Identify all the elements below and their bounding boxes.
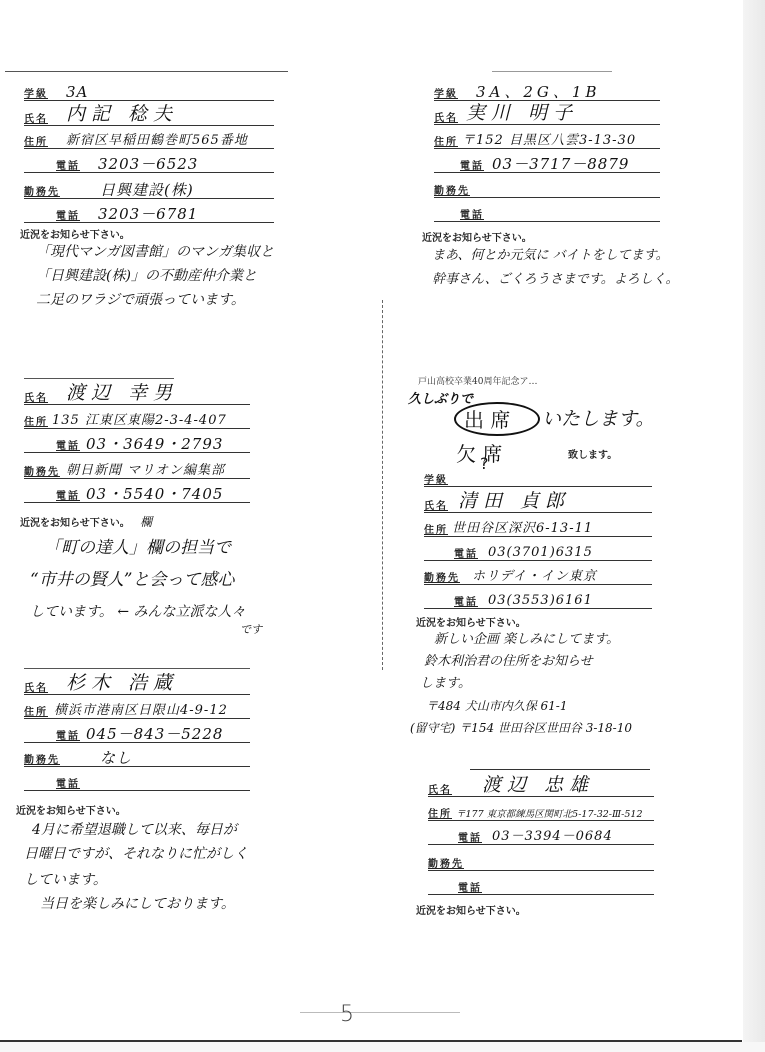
- address-label: 住所: [428, 805, 452, 820]
- workplace-value: 朝日新聞 マリオン編集部: [66, 464, 225, 478]
- class-label: 学級: [434, 85, 458, 100]
- column-divider: [382, 300, 383, 670]
- phone-label: 電話: [56, 157, 80, 172]
- phone-value: 3203－6523: [98, 156, 198, 173]
- note-line: 当日を楽しみにしております。: [40, 892, 235, 916]
- work-phone-label: 電話: [454, 593, 478, 608]
- name-value: 実川 明子: [466, 103, 578, 124]
- work-phone-field: 電話 03・5540・7405: [24, 480, 250, 503]
- class-value: 3A: [66, 84, 88, 101]
- class-field: 学級 3A: [24, 78, 274, 101]
- phone-field: 電話 03・3649・2793: [24, 430, 250, 453]
- class-field: 学級 3A、2G、1B: [434, 78, 660, 101]
- card-divider: [492, 71, 612, 72]
- address-value: 〒152 目黒区八雲3-13-30: [462, 134, 636, 148]
- work-phone-field: 電話: [24, 770, 250, 791]
- name-value: 清田 貞郎: [458, 491, 570, 512]
- class-field: 学級: [424, 466, 652, 487]
- name-field: 氏名 渡辺 忠雄: [428, 772, 654, 797]
- work-phone-value: 03(3553)6161: [488, 594, 593, 608]
- news-prompt: 近況をお知らせ下さい。: [16, 802, 126, 817]
- absent-suffix: 致します。: [568, 446, 617, 461]
- name-field: 氏名 内記 稔夫: [24, 101, 274, 126]
- name-label: 氏名: [24, 110, 48, 125]
- page-edge-shadow: [743, 0, 765, 1052]
- name-label: 氏名: [24, 679, 48, 694]
- note-line: (留守宅) 〒154 世田谷区世田谷 3-18-10: [410, 716, 632, 740]
- phone-field: 電話 3203－6523: [24, 150, 274, 173]
- phone-value: 03・3649・2793: [86, 436, 223, 453]
- name-field: 氏名 実川 明子: [434, 102, 660, 125]
- address-value: 135 江東区東陽2-3-4-407: [52, 414, 227, 428]
- news-prompt: 近況をお知らせ下さい。: [416, 614, 526, 629]
- workplace-value: 日興建設(株): [100, 182, 194, 199]
- workplace-label: 勤務先: [24, 183, 60, 198]
- note-line: 「現代マンガ図書館」のマンガ集収と: [36, 240, 274, 264]
- phone-value: 03－3717－8879: [492, 156, 629, 173]
- phone-field: 電話 03－3394－0684: [428, 822, 654, 845]
- phone-label: 電話: [56, 437, 80, 452]
- name-value: 杉木 浩蔵: [66, 673, 178, 694]
- phone-label: 電話: [56, 727, 80, 742]
- name-label: 氏名: [428, 781, 452, 796]
- news-prompt: 近況をお知らせ下さい。: [20, 226, 130, 241]
- workplace-field: 勤務先 ホリデイ・イン東京: [424, 562, 652, 585]
- address-label: 住所: [424, 521, 448, 536]
- phone-value: 03(3701)6315: [488, 546, 593, 560]
- address-field: 住所 〒152 目黒区八雲3-13-30: [434, 126, 660, 149]
- name-field: 氏名 清田 貞郎: [424, 488, 652, 513]
- phone-label: 電話: [454, 545, 478, 560]
- workplace-field: 勤務先 日興建設(株): [24, 174, 274, 199]
- work-phone-field: 電話 03(3553)6161: [424, 586, 652, 609]
- phone-field: 電話 03－3717－8879: [434, 150, 660, 173]
- workplace-value: ホリデイ・イン東京: [472, 570, 597, 584]
- work-phone-label: 電話: [458, 879, 482, 894]
- news-prompt: 近況をお知らせ下さい。: [422, 229, 532, 244]
- address-field: 住所 新宿区早稲田鶴巻町565番地: [24, 126, 274, 149]
- name-value: 内記 稔夫: [66, 104, 178, 125]
- address-label: 住所: [24, 703, 48, 718]
- attend-suffix: いたします。: [542, 404, 654, 431]
- address-value: 横浜市港南区日限山4-9-12: [54, 704, 228, 718]
- note-line: 〒484 犬山市内久保 61-1: [426, 694, 568, 718]
- page-number: 5: [340, 1002, 354, 1027]
- page-bottom-margin: [0, 1042, 765, 1052]
- name-field: 氏名 杉木 浩蔵: [24, 670, 250, 695]
- note-line: 鈴木利治君の住所をお知らせ: [424, 650, 593, 674]
- address-field: 住所 135 江東区東陽2-3-4-407: [24, 406, 250, 429]
- work-phone-value: 03・5540・7405: [86, 486, 223, 503]
- address-value: 新宿区早稲田鶴巻町565番地: [66, 134, 248, 148]
- card-divider: [470, 769, 650, 770]
- workplace-label: 勤務先: [424, 569, 460, 584]
- workplace-field: 勤務先: [434, 175, 660, 198]
- name-value: 渡辺 幸男: [66, 383, 178, 404]
- work-phone-label: 電話: [56, 207, 80, 222]
- phone-field: 電話 03(3701)6315: [424, 538, 652, 561]
- address-value: 〒177 東京都練馬区関町北5-17-32-Ⅲ-512: [456, 810, 643, 820]
- name-value: 渡辺 忠雄: [482, 775, 594, 796]
- phone-value: 03－3394－0684: [492, 830, 613, 844]
- workplace-field: 勤務先: [428, 848, 654, 871]
- note-line: 新しい企画 楽しみにしてます。: [434, 628, 619, 652]
- name-label: 氏名: [424, 497, 448, 512]
- phone-label: 電話: [458, 829, 482, 844]
- workplace-label: 勤務先: [24, 751, 60, 766]
- name-label: 氏名: [434, 109, 458, 124]
- note-line: 「日興建設(株)」の不動産仲介業と: [36, 264, 257, 288]
- class-field-partial: [24, 374, 174, 379]
- correction-mark: 欄: [140, 510, 152, 534]
- class-label: 学級: [24, 85, 48, 100]
- workplace-field: 勤務先 なし: [24, 744, 250, 767]
- note-line: です: [240, 618, 262, 642]
- address-label: 住所: [434, 133, 458, 148]
- work-phone-field: 電話 3203－6781: [24, 200, 274, 223]
- rsvp-header: 戸山高校卒業40周年記念ア…: [418, 374, 537, 387]
- note-line: 二足のワラジで頑張っています。: [36, 288, 245, 312]
- page-number-rule: [300, 1012, 460, 1013]
- class-label: 学級: [424, 471, 448, 486]
- work-phone-field: 電話: [434, 199, 660, 222]
- name-field: 氏名 渡辺 幸男: [24, 380, 250, 405]
- note-line: します。: [420, 672, 471, 696]
- class-value: 3A、2G、1B: [476, 84, 600, 101]
- news-prompt: 近況をお知らせ下さい。: [416, 902, 526, 917]
- card-divider: [5, 71, 288, 72]
- class-field-partial: [24, 664, 250, 669]
- work-phone-field: 電話: [428, 872, 654, 895]
- phone-field: 電話 045－843－5228: [24, 720, 250, 743]
- address-label: 住所: [24, 413, 48, 428]
- workplace-value: なし: [100, 750, 132, 767]
- work-phone-label: 電話: [56, 775, 80, 790]
- address-field: 住所 〒177 東京都練馬区関町北5-17-32-Ⅲ-512: [428, 798, 654, 821]
- workplace-label: 勤務先: [434, 182, 470, 197]
- note-line: 「町の達人」欄の担当で: [44, 536, 231, 560]
- note-line: まあ、何とか元気に バイトをしてます。: [432, 244, 669, 268]
- note-line: しています。: [24, 868, 107, 892]
- workplace-label: 勤務先: [24, 463, 60, 478]
- address-field: 住所 世田谷区深沢6-13-11: [424, 514, 652, 537]
- work-phone-value: 3203－6781: [98, 206, 198, 223]
- phone-value: 045－843－5228: [86, 726, 223, 743]
- note-line: しています。 ← みんな立派な人々: [30, 600, 246, 624]
- workplace-field: 勤務先 朝日新聞 マリオン編集部: [24, 454, 250, 479]
- name-label: 氏名: [24, 389, 48, 404]
- address-value: 世田谷区深沢6-13-11: [452, 522, 593, 536]
- note-line: 4月に希望退職して以来、毎日が: [32, 818, 237, 842]
- attend-option: 出 席: [464, 404, 510, 433]
- note-line: “市井の賢人”と会って感心: [30, 568, 234, 592]
- work-phone-label: 電話: [460, 206, 484, 221]
- news-prompt: 近況をお知らせ下さい。: [20, 514, 130, 529]
- address-field: 住所 横浜市港南区日限山4-9-12: [24, 696, 250, 719]
- workplace-label: 勤務先: [428, 855, 464, 870]
- phone-label: 電話: [460, 157, 484, 172]
- address-label: 住所: [24, 133, 48, 148]
- note-line: 幹事さん、ごくろうさまです。よろしく。: [432, 268, 678, 292]
- work-phone-label: 電話: [56, 487, 80, 502]
- note-line: 日曜日ですが、それなりに忙がしく: [24, 842, 248, 866]
